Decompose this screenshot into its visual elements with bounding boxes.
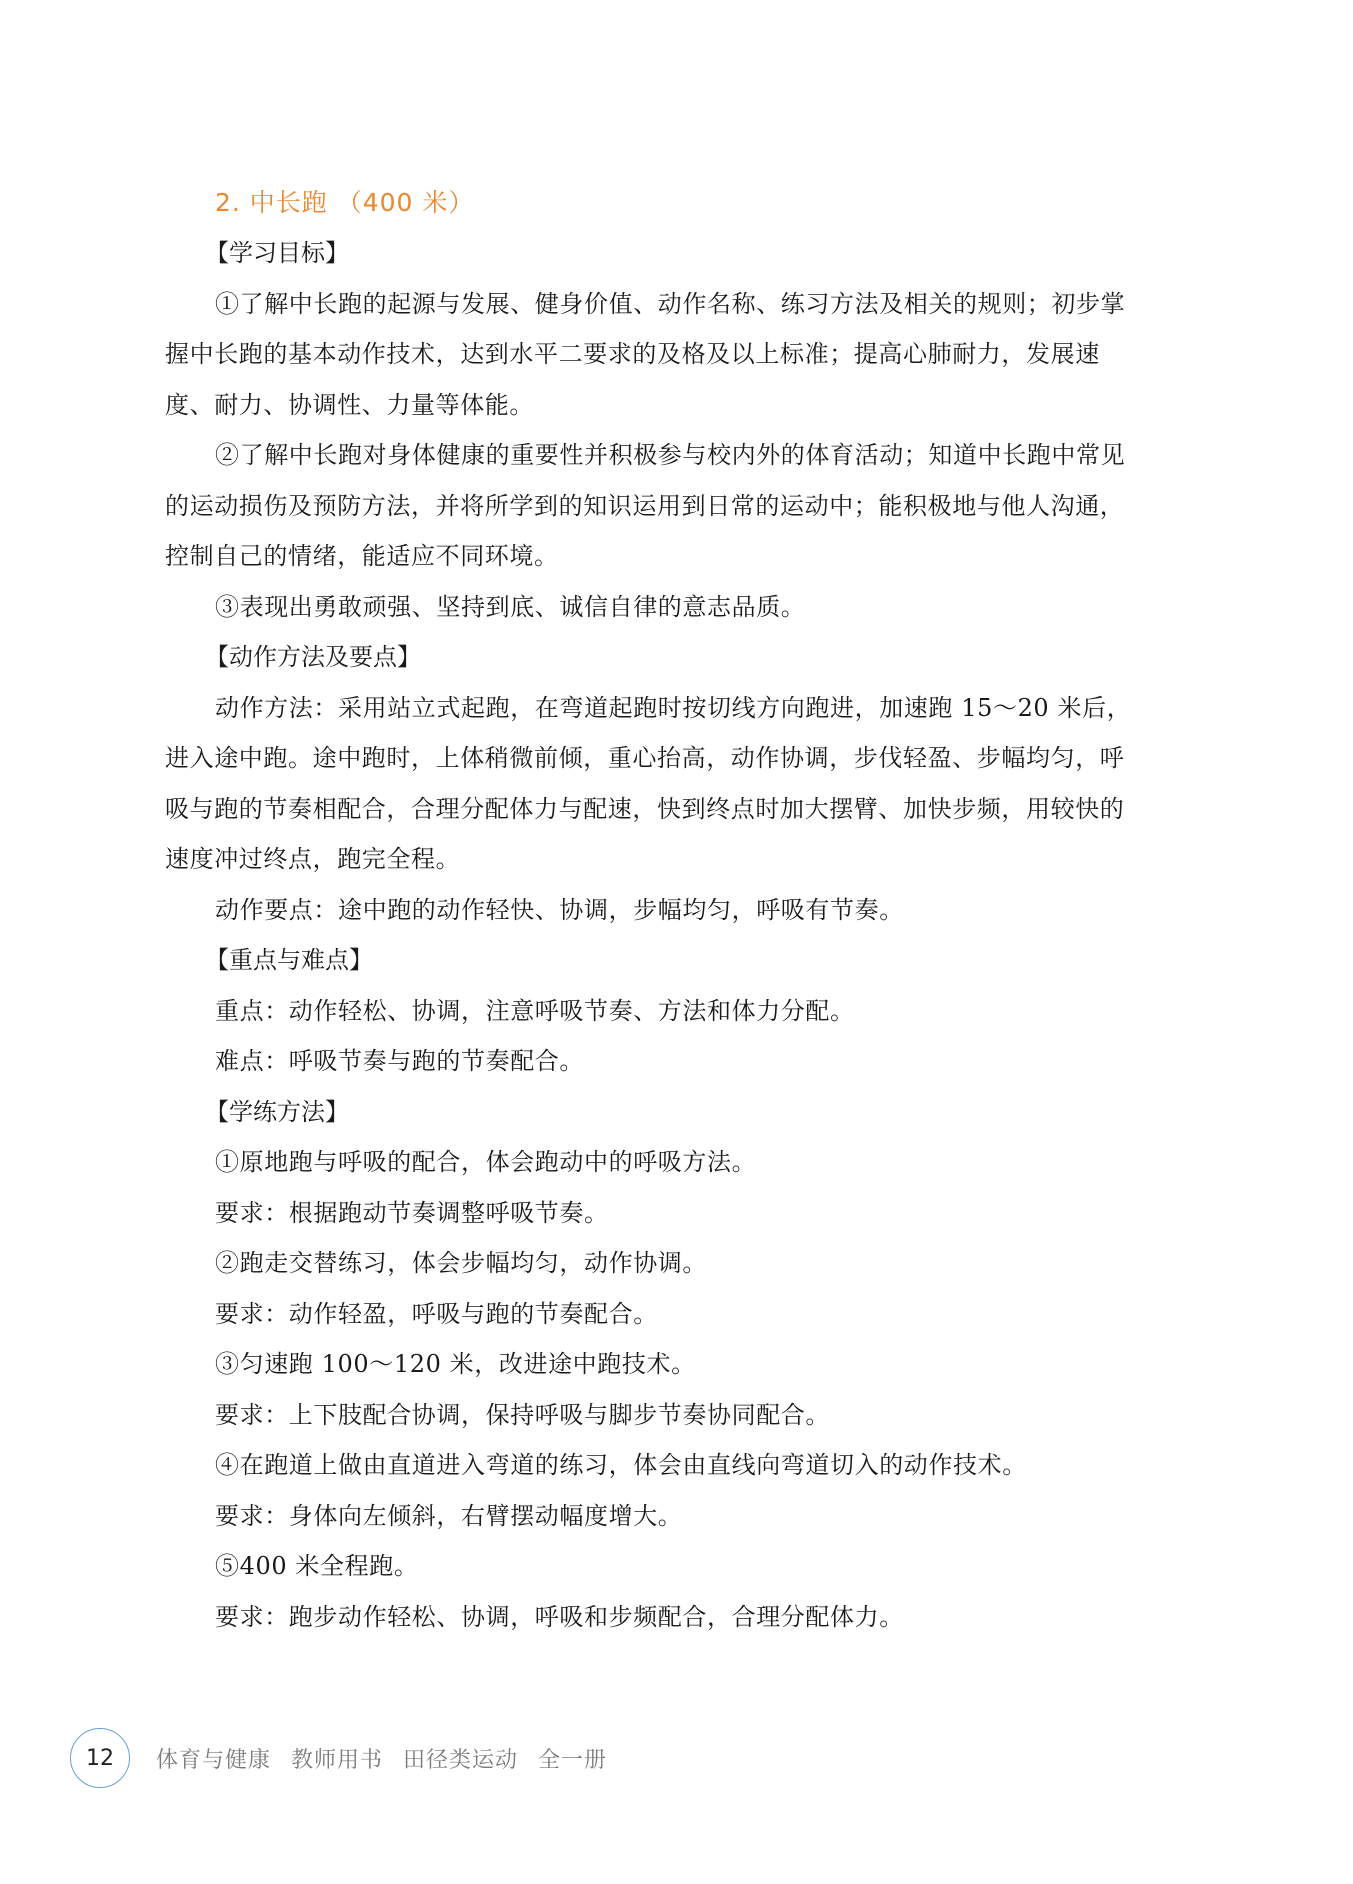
action-method: 动作方法：采用站立式起跑，在弯道起跑时按切线方向跑进，加速跑 15～20 米后，… — [165, 683, 1195, 885]
difficulty-text: 难点：呼吸节奏与跑的节奏配合。 — [165, 1036, 1195, 1087]
method-points-label: 【动作方法及要点】 — [165, 632, 1195, 683]
practice-requirement-2: 要求：动作轻盈，呼吸与跑的节奏配合。 — [165, 1289, 1195, 1340]
learning-goal-1: ①了解中长跑的起源与发展、健身价值、动作名称、练习方法及相关的规则；初步掌 握中… — [165, 279, 1195, 431]
practice-requirement-5: 要求：跑步动作轻松、协调，呼吸和步频配合，合理分配体力。 — [165, 1592, 1195, 1643]
text-line: 的运动损伤及预防方法，并将所学到的知识运用到日常的运动中；能积极地与他人沟通， — [165, 481, 1195, 532]
section-heading: 2. 中长跑 （400 米） — [165, 178, 1195, 228]
text-line: 度、耐力、协调性、力量等体能。 — [165, 380, 1195, 431]
text-line: 控制自己的情绪，能适应不同环境。 — [165, 531, 1195, 582]
book-title: 体育与健康 教师用书 田径类运动 全一册 — [156, 1743, 607, 1774]
text-line: ①了解中长跑的起源与发展、健身价值、动作名称、练习方法及相关的规则；初步掌 — [165, 279, 1195, 330]
practice-exercise-4: ④在跑道上做由直道进入弯道的练习，体会由直线向弯道切入的动作技术。 — [165, 1440, 1195, 1491]
text-line: ③表现出勇敢顽强、坚持到底、诚信自律的意志品质。 — [165, 582, 1195, 633]
focus-difficulty-label: 【重点与难点】 — [165, 935, 1195, 986]
learning-goals-label: 【学习目标】 — [165, 228, 1195, 279]
page-number: 12 — [86, 1746, 114, 1771]
practice-exercise-2: ②跑走交替练习，体会步幅均匀，动作协调。 — [165, 1238, 1195, 1289]
action-key-points: 动作要点：途中跑的动作轻快、协调，步幅均匀，呼吸有节奏。 — [165, 885, 1195, 936]
practice-exercise-5: ⑤400 米全程跑。 — [165, 1541, 1195, 1592]
practice-requirement-3: 要求：上下肢配合协调，保持呼吸与脚步节奏协同配合。 — [165, 1390, 1195, 1441]
text-line: 进入途中跑。途中跑时，上体稍微前倾，重心抬高，动作协调，步伐轻盈、步幅均匀，呼 — [165, 733, 1195, 784]
text-line: 吸与跑的节奏相配合，合理分配体力与配速，快到终点时加大摆臂、加快步频，用较快的 — [165, 784, 1195, 835]
page-content: 2. 中长跑 （400 米） 【学习目标】 ①了解中长跑的起源与发展、健身价值、… — [165, 178, 1195, 1642]
book-title-subject: 体育与健康 — [156, 1743, 271, 1774]
page-footer: 12 体育与健康 教师用书 田径类运动 全一册 — [70, 1727, 607, 1789]
text-line: ②了解中长跑对身体健康的重要性并积极参与校内外的体育活动；知道中长跑中常见 — [165, 430, 1195, 481]
text-line: 动作方法：采用站立式起跑，在弯道起跑时按切线方向跑进，加速跑 15～20 米后， — [165, 683, 1195, 734]
learning-goal-2: ②了解中长跑对身体健康的重要性并积极参与校内外的体育活动；知道中长跑中常见 的运… — [165, 430, 1195, 582]
practice-exercise-1: ①原地跑与呼吸的配合，体会跑动中的呼吸方法。 — [165, 1137, 1195, 1188]
focus-text: 重点：动作轻松、协调，注意呼吸节奏、方法和体力分配。 — [165, 986, 1195, 1037]
text-line: 速度冲过终点，跑完全程。 — [165, 834, 1195, 885]
practice-methods-label: 【学练方法】 — [165, 1087, 1195, 1138]
learning-goal-3: ③表现出勇敢顽强、坚持到底、诚信自律的意志品质。 — [165, 582, 1195, 633]
book-title-type: 教师用书 — [291, 1743, 383, 1774]
book-title-volume: 全一册 — [538, 1743, 607, 1774]
practice-exercise-3: ③匀速跑 100～120 米，改进途中跑技术。 — [165, 1339, 1195, 1390]
book-title-unit: 田径类运动 — [403, 1743, 518, 1774]
practice-requirement-4: 要求：身体向左倾斜，右臂摆动幅度增大。 — [165, 1491, 1195, 1542]
practice-requirement-1: 要求：根据跑动节奏调整呼吸节奏。 — [165, 1188, 1195, 1239]
page-number-badge: 12 — [70, 1728, 130, 1788]
text-line: 握中长跑的基本动作技术，达到水平二要求的及格及以上标准；提高心肺耐力，发展速 — [165, 329, 1195, 380]
